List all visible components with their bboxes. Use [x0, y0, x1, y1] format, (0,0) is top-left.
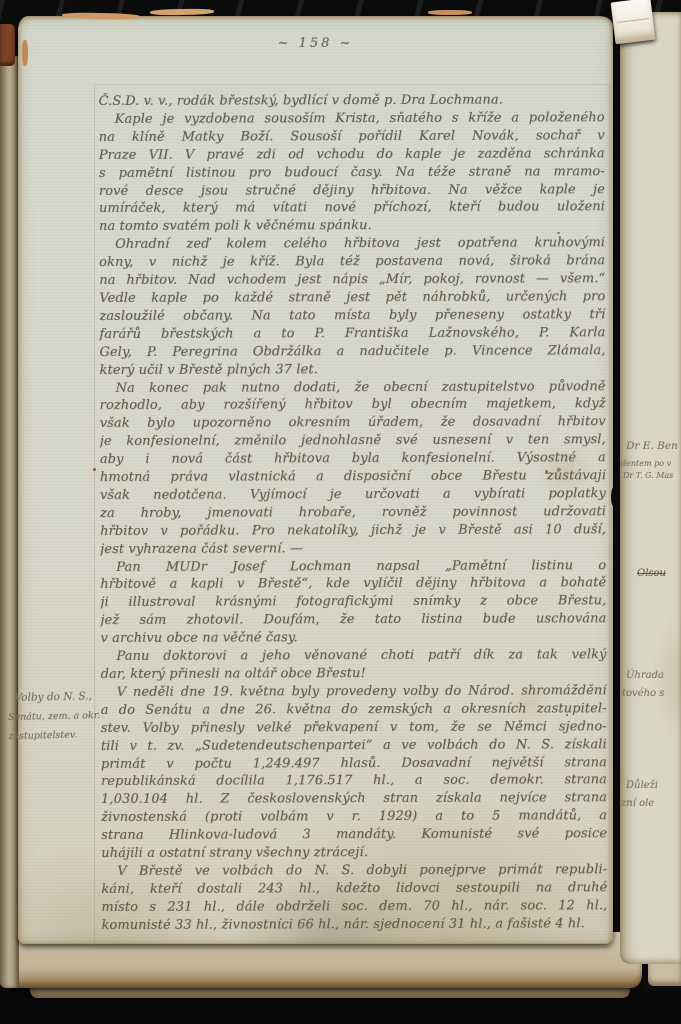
text-line: na klíně Matky Boží. Sousoší pořídil Kar…: [99, 127, 605, 147]
text-line: hřbitově a kapli v Břestě“, kde vylíčil …: [100, 575, 606, 595]
text-line: Ohradní zeď kolem celého hřbitova jest o…: [99, 234, 605, 254]
text-line: Kaple je vyzdobena sousoším Krista, sňat…: [99, 109, 605, 129]
foxing-speck: [557, 232, 560, 234]
facing-page-fragment: Olsou: [637, 568, 666, 579]
facing-page-edge: Dr E. Ben dentem po v Dr T. G. Mas Olsou…: [620, 12, 681, 964]
foxing-speck: [566, 714, 568, 716]
text-line: jež sám zhotovil. Doufám, že tato listin…: [100, 610, 606, 630]
foxing-speck: [545, 470, 548, 474]
text-line: však nedotčena. Vyjímocí je určovati a v…: [100, 485, 606, 505]
text-line: zasloužilé občany. Na tato místa byly př…: [99, 306, 605, 326]
text-line: káni, kteří dostali 243 hl., kdežto lido…: [101, 879, 607, 899]
margin-note-line: zastupitelstev.: [8, 725, 104, 746]
text-line: Vedle kaple po každé straně jest pět náh…: [99, 288, 605, 308]
text-line: komunisté 33 hl., živnostníci 66 hl., ná…: [101, 915, 607, 935]
left-page-stack-edge: [0, 56, 19, 988]
text-line: Praze VII. V pravé zdi od vchodu do kapl…: [99, 145, 605, 165]
text-line: V neděli dne 19. května byly provedeny v…: [101, 682, 607, 702]
text-line: za hroby, jmenovati hrobaře, rovněž povi…: [100, 503, 606, 523]
text-line: je konfesionelní, změnilo jednohlasně sv…: [100, 431, 606, 451]
text-line: který učil v Břestě plných 37 let.: [99, 360, 605, 380]
page-number: ~ 158 ~: [18, 36, 613, 51]
text-line: tili v t. zv. „Sudetendeutschenpartei“ a…: [101, 736, 607, 756]
text-line: Gely, P. Peregrina Obdržálka a nadučitel…: [99, 342, 605, 362]
text-line: primát v počtu 1,249.497 hlasů. Dosavadn…: [101, 754, 607, 774]
text-line: uhájili a ostatní strany všechny ztrácej…: [101, 843, 607, 863]
margin-note-line: Senátu, zem. a okr.: [8, 706, 104, 727]
worn-edge: [22, 40, 28, 66]
facing-page-fragment: tového s: [622, 688, 664, 699]
text-line: jest vyhrazena část severní. —: [100, 539, 606, 559]
text-line: umíráček, který má vítati nové příchozí,…: [99, 199, 605, 219]
text-line: na hřbitov. Nad vchodem jest nápis „Mír,…: [99, 270, 605, 290]
text-line: hřbitov v pořádku. Pro nekatolíky, jichž…: [100, 521, 606, 541]
text-line: okny, v nichž je kříž. Byla též postaven…: [99, 252, 605, 272]
text-line: hmotná práva vlastnická a disposiční obc…: [100, 467, 606, 487]
foxing-speck: [121, 300, 123, 302]
text-line: Panu doktorovi a jeho věnované choti pat…: [100, 646, 606, 666]
facing-page-fragment: zní ole: [621, 798, 654, 809]
text-line: místo s 231 hl., dále obdrželi soc. dem.…: [101, 897, 607, 917]
gutter-shadow: [611, 486, 619, 508]
text-line: však bylo upozorněno okresním úřadem, že…: [100, 413, 606, 433]
foxing-speck: [93, 468, 96, 471]
facing-page-fragment: Dr T. G. Mas: [623, 471, 673, 480]
text-line: rozhodlo, aby rozšířený hřbitov byl obec…: [100, 396, 606, 416]
manuscript-text: Č.S.D. v. v., rodák břestský, bydlící v …: [99, 91, 608, 934]
text-line: Pan MUDr Josef Lochman napsal „Pamětní l…: [100, 557, 606, 577]
text-line: v archivu obce na věčné časy.: [100, 628, 606, 648]
manuscript-page: ~ 158 ~ Č.S.D. v. v., rodák břestský, by…: [18, 16, 613, 944]
text-line: aby i nová část hřbitova byla konfesione…: [100, 449, 606, 469]
text-line: rové desce jsou stručné dějiny hřbitova.…: [99, 181, 605, 201]
text-line: V Břestě ve volbách do N. S. dobyli pone…: [101, 861, 607, 881]
margin-note: Volby do N. S., Senátu, zem. a okr. zast…: [7, 687, 104, 746]
text-line: Na konec pak nutno dodati, že obecní zas…: [100, 378, 606, 398]
facing-page-fragment: dentem po v: [621, 459, 671, 468]
worn-edge: [428, 10, 472, 15]
facing-page-fragment: Úhrada: [626, 670, 664, 681]
text-line: strana Hlinkova-ludová 3 mandáty. Komuni…: [101, 825, 607, 845]
text-line: Č.S.D. v. v., rodák břestský, bydlící v …: [99, 91, 605, 111]
text-line: 1,030.104 hl. Z československých stran z…: [101, 789, 607, 809]
margin-note-line: Volby do N. S.,: [7, 687, 103, 708]
text-line: farářů břestských a to P. Františka Lažn…: [99, 324, 605, 344]
text-line: dar, který přinesli na oltář obce Břestu…: [101, 664, 607, 684]
text-line: s pamětní listinou pro budoucí časy. Na …: [99, 163, 605, 183]
bookmark-tab: [611, 0, 656, 44]
text-line: a do Senátu a dne 26. května do zemských…: [101, 700, 607, 720]
text-line: stev. Volby přinesly velké překvapení v …: [101, 718, 607, 738]
text-line: ji illustroval krásnými fotografickými s…: [100, 592, 606, 612]
cover-edge: [0, 24, 15, 66]
facing-page-fragment: Důleži: [626, 780, 658, 791]
text-line: republikánská docílila 1,176.517 hl., a …: [101, 772, 607, 792]
text-line: na tomto svatém poli k věčnému spánku.: [99, 216, 605, 236]
facing-page-fragment: Dr E. Ben: [626, 440, 678, 452]
book-photo: ~ 158 ~ Č.S.D. v. v., rodák břestský, by…: [0, 0, 681, 1024]
text-line: živnostenská (proti volbám v r. 1929) a …: [101, 807, 607, 827]
